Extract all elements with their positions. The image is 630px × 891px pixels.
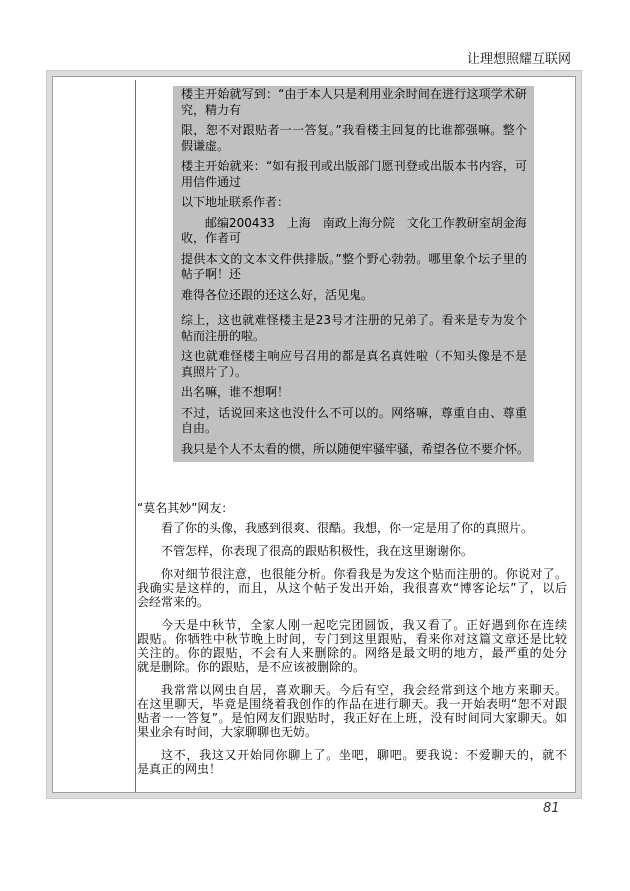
quote-paragraph: 综上，这也就难怪楼主是23号才注册的兄弟了。看来是专为发个 帖而注册的啦。: [181, 313, 527, 344]
quote-line: 收，作者可: [181, 231, 527, 247]
reply-line: 在这里聊天，毕竟是围绕着我创作的作品在进行聊天。我一开始表明“恕不对跟: [137, 697, 567, 711]
quote-line: 楼主开始就来：“如有报刊或出版部门愿刊登或出版本书内容，可: [181, 159, 527, 175]
quote-line: 帖而注册的啦。: [181, 329, 527, 345]
reply-line: 果业余有时间，大家聊聊也无妨。: [137, 725, 567, 739]
quote-paragraph: 限，恕不对跟贴者一一答复。”我看楼主回复的比谁都强嘛。整个 假谦虚。: [181, 123, 527, 154]
quote-line: 提供本文的文本文件供排版。”整个野心勃勃。哪里象个坛子里的: [181, 252, 527, 268]
reply-line: 你对细节很注意，也很能分析。你看我是为发这个贴而注册的。你说对了。: [137, 567, 567, 581]
reply-paragraph: 你对细节很注意，也很能分析。你看我是为发这个贴而注册的。你说对了。 我确实是这样…: [137, 567, 567, 609]
running-header-title: 让理想照耀互联网: [467, 52, 571, 68]
reply-paragraph: 不管怎样，你表现了很高的跟贴积极性，我在这里谢谢你。: [137, 544, 567, 558]
author-reply: “莫名其妙”网友： 看了你的头像，我感到很爽、很酷。我想，你一定是用了你的真照片…: [137, 501, 567, 785]
reply-line: 我常常以网虫自居，喜欢聊天。今后有空，我会经常到这个地方来聊天。: [137, 683, 567, 697]
reply-line: 跟贴。你牺牲中秋节晚上时间，专门到这里跟贴，看来你对这篇文章还是比较: [137, 632, 567, 646]
reply-line: 不管怎样，你表现了很高的跟贴积极性，我在这里谢谢你。: [137, 544, 567, 558]
reply-paragraph: 我常常以网虫自居，喜欢聊天。今后有空，我会经常到这个地方来聊天。 在这里聊天，毕…: [137, 683, 567, 739]
quote-paragraph: 楼主开始就写到：“由于本人只是利用业余时间在进行这项学术研 究，精力有: [181, 87, 527, 118]
margin-column-divider: [135, 80, 136, 792]
quote-line: 出名嘛，谁不想啊！: [181, 385, 527, 401]
quote-line: 自由。: [181, 421, 527, 437]
quote-paragraph: 楼主开始就来：“如有报刊或出版部门愿刊登或出版本书内容，可 用信件通过: [181, 159, 527, 190]
quote-paragraph: 不过，话说回来这也没什么不可以的。网络嘛，尊重自由、尊重 自由。: [181, 406, 527, 437]
quote-line: 假谦虚。: [181, 139, 527, 155]
quote-paragraph: 提供本文的文本文件供排版。”整个野心勃勃。哪里象个坛子里的 帖子啊！还: [181, 252, 527, 283]
reply-paragraph: 这不，我这又开始同你聊上了。坐吧，聊吧。要我说：不爱聊天的，就不 是真正的网虫！: [137, 748, 567, 776]
quote-line: 真照片了）。: [181, 365, 527, 381]
reply-line: 这不，我这又开始同你聊上了。坐吧，聊吧。要我说：不爱聊天的，就不: [137, 748, 567, 762]
quoted-forum-post: 楼主开始就写到：“由于本人只是利用业余时间在进行这项学术研 究，精力有 限，恕不…: [173, 86, 534, 462]
reply-line: 就是删除。你的跟贴，是不应该被删除的。: [137, 660, 567, 674]
quote-line: 限，恕不对跟贴者一一答复。”我看楼主回复的比谁都强嘛。整个: [181, 123, 527, 139]
quote-paragraph: 这也就难怪楼主响应号召用的都是真名真姓啦（不知头像是不是 真照片了）。: [181, 349, 527, 380]
reply-line: 贴者一一答复”。是怕网友们跟贴时，我正好在上班，没有时间同大家聊天。如: [137, 711, 567, 725]
reply-line: 关注的。你的跟贴，不会有人来删除的。网络是最文明的地方，最严重的处分: [137, 646, 567, 660]
reply-salutation: “莫名其妙”网友：: [137, 501, 567, 515]
reply-line: 会经常来的。: [137, 595, 567, 609]
reply-line: 我确实是这样的，而且，从这个帖子发出开始，我很喜欢“博客论坛”了，以后: [137, 581, 567, 595]
reply-line: 是真正的网虫！: [137, 762, 567, 776]
quote-line: 难得各位还跟的还这么好，活见鬼。: [181, 288, 527, 304]
quote-paragraph: 我只是个人不太看的惯，所以随便牢骚牢骚，希望各位不要介怀。: [181, 442, 527, 458]
quote-line: 我只是个人不太看的惯，所以随便牢骚牢骚，希望各位不要介怀。: [181, 442, 527, 458]
page-number: 81: [543, 801, 560, 817]
quote-line: 这也就难怪楼主响应号召用的都是真名真姓啦（不知头像是不是: [181, 349, 527, 365]
reply-line: 看了你的头像，我感到很爽、很酷。我想，你一定是用了你的真照片。: [137, 521, 567, 535]
quote-line: 综上，这也就难怪楼主是23号才注册的兄弟了。看来是专为发个: [181, 313, 527, 329]
quote-line: 帖子啊！还: [181, 267, 527, 283]
reply-paragraph: 今天是中秋节，全家人刚一起吃完团圆饭，我又看了。正好遇到你在连续 跟贴。你牺牲中…: [137, 618, 567, 674]
quote-paragraph: 难得各位还跟的还这么好，活见鬼。: [181, 288, 527, 304]
quote-line: 邮编200433 上海 南政上海分院 文化工作教研室胡金海: [181, 216, 527, 232]
quote-paragraph-address: 邮编200433 上海 南政上海分院 文化工作教研室胡金海 收，作者可: [181, 216, 527, 247]
quote-paragraph: 以下地址联系作者：: [181, 195, 527, 211]
quote-line: 楼主开始就写到：“由于本人只是利用业余时间在进行这项学术研: [181, 87, 527, 103]
reply-paragraph: 看了你的头像，我感到很爽、很酷。我想，你一定是用了你的真照片。: [137, 521, 567, 535]
reply-line: 今天是中秋节，全家人刚一起吃完团圆饭，我又看了。正好遇到你在连续: [137, 618, 567, 632]
quote-line: 究，精力有: [181, 103, 527, 119]
quote-line: 用信件通过: [181, 175, 527, 191]
quote-line: 不过，话说回来这也没什么不可以的。网络嘛，尊重自由、尊重: [181, 406, 527, 422]
quote-line: 以下地址联系作者：: [181, 195, 527, 211]
quote-paragraph: 出名嘛，谁不想啊！: [181, 385, 527, 401]
